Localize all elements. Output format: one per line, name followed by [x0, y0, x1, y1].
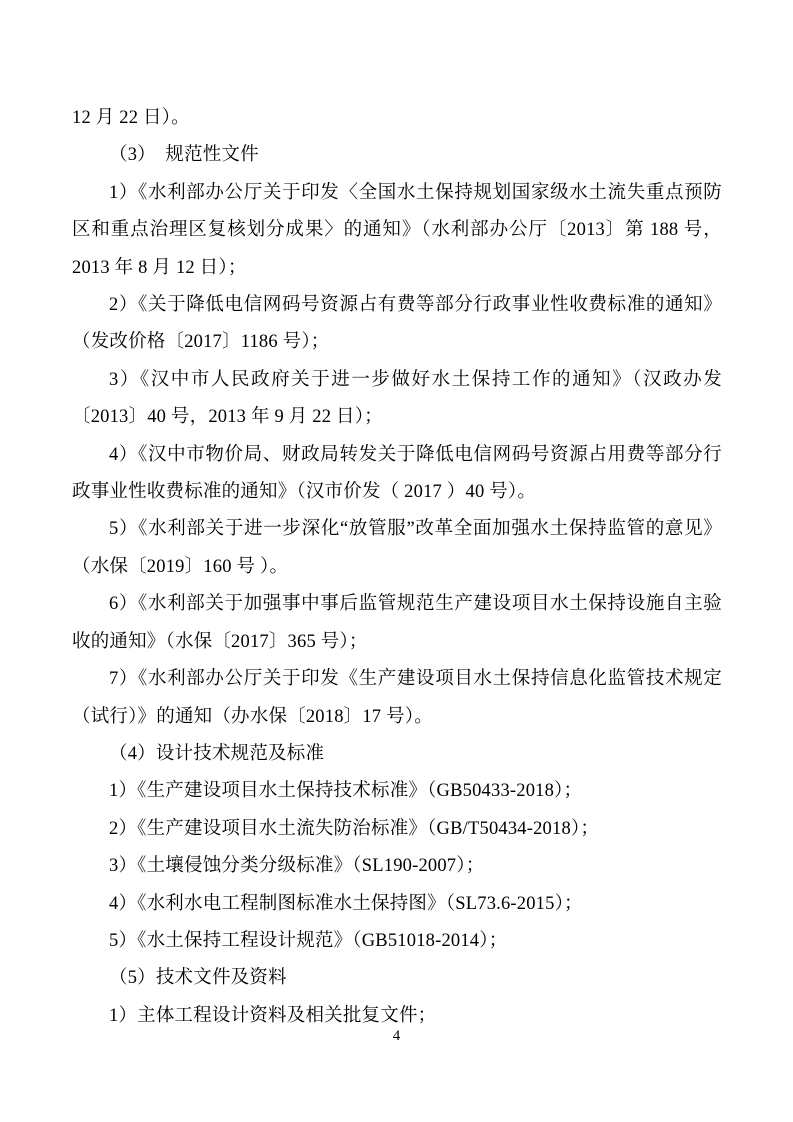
paragraph-continuation: 12 月 22 日）。	[72, 100, 722, 137]
list-item-normative-3: 3）《汉中市人民政府关于进一步做好水土保持工作的通知》（汉政办发〔2013〕40…	[72, 362, 722, 437]
list-item-normative-4: 4）《汉中市物价局、财政局转发关于降低电信网码号资源占用费等部分行政事业性收费标…	[72, 437, 722, 512]
list-item-normative-1: 1）《水利部办公厅关于印发〈全国水土保持规划国家级水土流失重点预防区和重点治理区…	[72, 175, 722, 287]
list-item-normative-6: 6）《水利部关于加强事中事后监管规范生产建设项目水土保持设施自主验收的通知》（水…	[72, 586, 722, 661]
list-item-standard-4: 4）《水利水电工程制图标准水土保持图》（SL73.6-2015）；	[72, 886, 722, 923]
list-item-normative-2: 2）《关于降低电信网码号资源占有费等部分行政事业性收费标准的通知》（发改价格〔2…	[72, 287, 722, 362]
section-heading-technical-documents: （5）技术文件及资料	[72, 960, 722, 997]
list-item-normative-5: 5）《水利部关于进一步深化“放管服”改革全面加强水土保持监管的意见》（水保〔20…	[72, 511, 722, 586]
list-item-normative-7: 7）《水利部办公厅关于印发《生产建设项目水土保持信息化监管技术规定（试行）》的通…	[72, 661, 722, 736]
page-body-text: 12 月 22 日）。 （3） 规范性文件 1）《水利部办公厅关于印发〈全国水土…	[72, 100, 722, 1035]
list-item-standard-1: 1）《生产建设项目水土保持技术标准》（GB50433-2018）；	[72, 773, 722, 810]
page-number: 4	[0, 1026, 793, 1046]
list-item-standard-3: 3）《土壤侵蚀分类分级标准》（SL190-2007）；	[72, 848, 722, 885]
list-item-standard-2: 2）《生产建设项目水土流失防治标准》（GB/T50434-2018）；	[72, 811, 722, 848]
section-heading-design-standards: （4）设计技术规范及标准	[72, 736, 722, 773]
section-heading-normative-documents: （3） 规范性文件	[72, 137, 722, 174]
document-page: { "document": { "paragraphs": [ { "text"…	[0, 0, 793, 1122]
list-item-standard-5: 5）《水土保持工程设计规范》（GB51018-2014）；	[72, 923, 722, 960]
